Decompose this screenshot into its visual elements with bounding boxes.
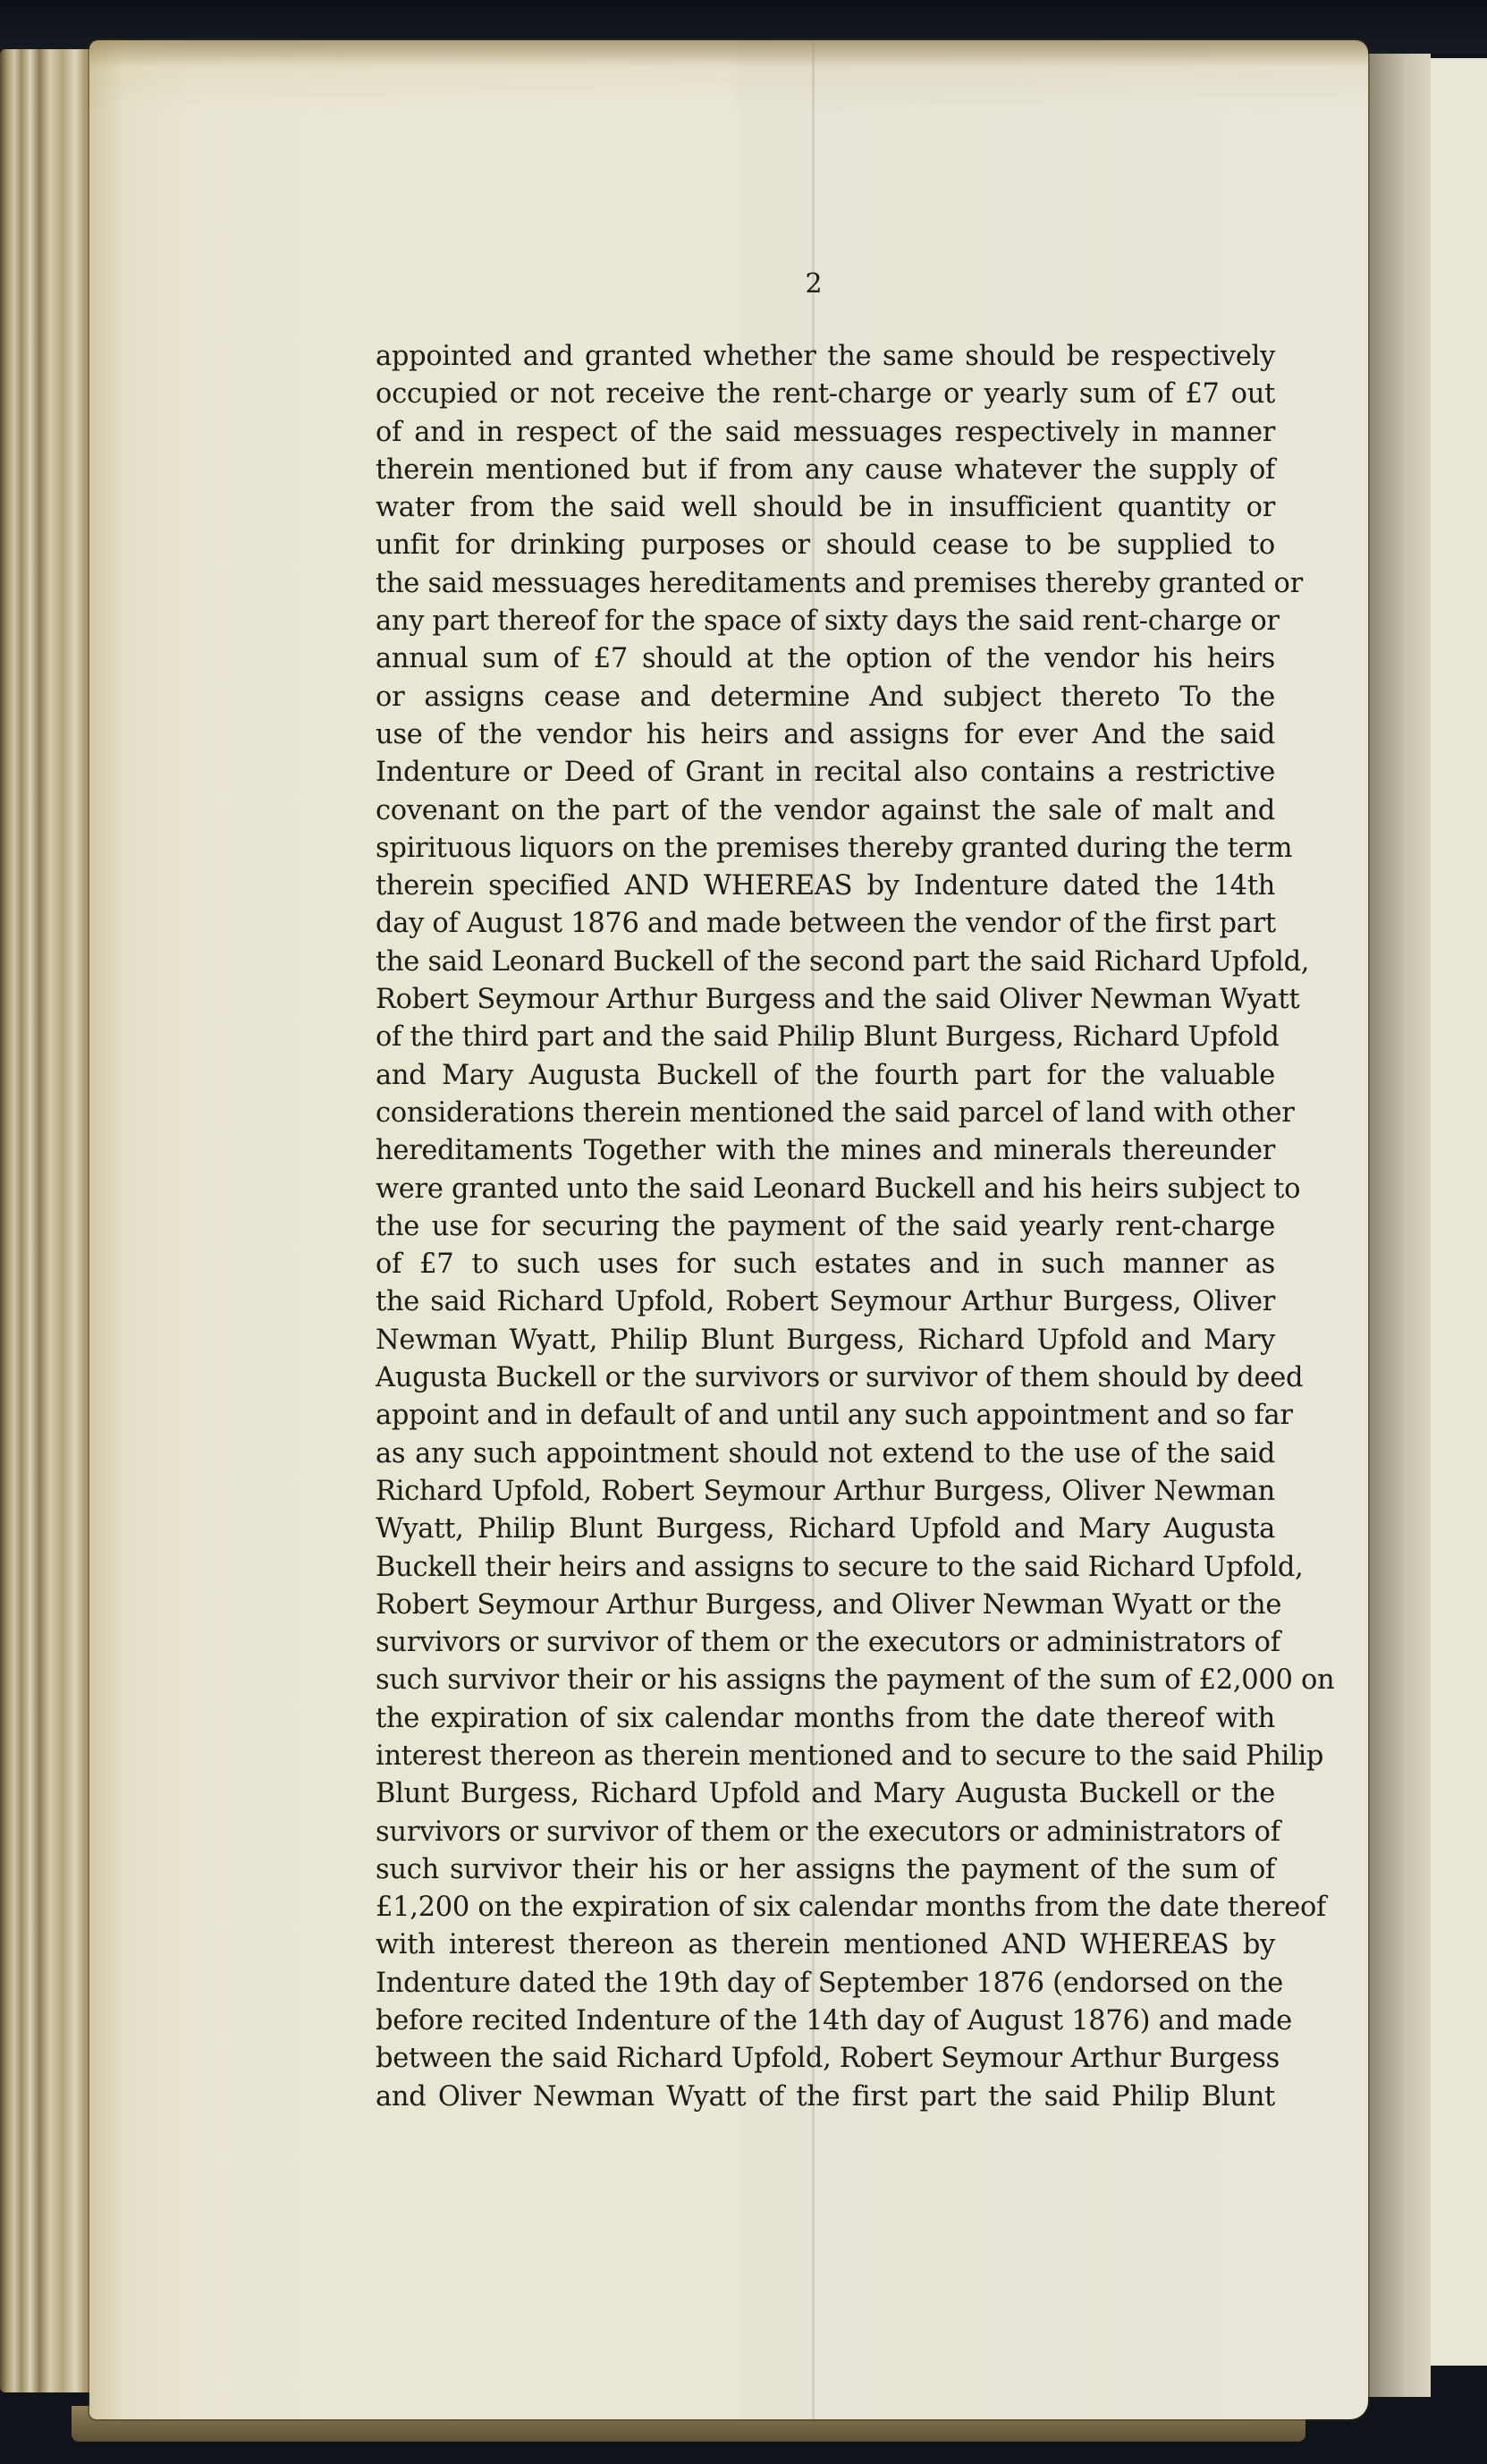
text-line: between the said Richard Upfold, Robert … [376, 2040, 1275, 2078]
text-line: day of August 1876 and made between the … [376, 905, 1275, 943]
adjacent-page [1431, 58, 1487, 2366]
text-line: Newman Wyatt, Philip Blunt Burgess, Rich… [376, 1322, 1275, 1359]
text-line: of £7 to such uses for such estates and … [376, 1246, 1275, 1283]
text-line: therein mentioned but if from any cause … [376, 452, 1275, 489]
text-line: as any such appointment should not exten… [376, 1435, 1275, 1473]
text-line: therein specified AND WHEREAS by Indentu… [376, 868, 1275, 905]
text-line: water from the said well should be in in… [376, 489, 1275, 527]
text-line: the said messuages hereditaments and pre… [376, 565, 1275, 603]
text-line: survivors or survivor of them or the exe… [376, 1624, 1275, 1662]
text-line: £1,200 on the expiration of six calendar… [376, 1889, 1275, 1926]
text-line: of the third part and the said Philip Bl… [376, 1019, 1275, 1056]
text-line: the said Leonard Buckell of the second p… [376, 944, 1275, 981]
text-line: appoint and in default of and until any … [376, 1397, 1275, 1435]
text-line: Indenture dated the 19th day of Septembe… [376, 1965, 1275, 2003]
text-line: Richard Upfold, Robert Seymour Arthur Bu… [376, 1473, 1275, 1511]
text-line: the said Richard Upfold, Robert Seymour … [376, 1283, 1275, 1321]
text-line: Blunt Burgess, Richard Upfold and Mary A… [376, 1775, 1275, 1813]
text-line: before recited Indenture of the 14th day… [376, 2003, 1275, 2040]
text-line: hereditaments Together with the mines an… [376, 1132, 1275, 1170]
text-line: Indenture or Deed of Grant in recital al… [376, 754, 1275, 792]
text-line: survivors or survivor of them or the exe… [376, 1814, 1275, 1851]
text-line: of and in respect of the said messuages … [376, 414, 1275, 452]
text-line: annual sum of £7 should at the option of… [376, 640, 1275, 678]
text-line: Buckell their heirs and assigns to secur… [376, 1549, 1275, 1587]
text-line: with interest thereon as therein mention… [376, 1926, 1275, 1964]
text-line: the use for securing the payment of the … [376, 1208, 1275, 1246]
text-line: or assigns cease and determine And subje… [376, 679, 1275, 716]
text-line: and Oliver Newman Wyatt of the first par… [376, 2079, 1275, 2116]
text-line: and Mary Augusta Buckell of the fourth p… [376, 1057, 1275, 1095]
text-line: Robert Seymour Arthur Burgess, and Olive… [376, 1587, 1275, 1624]
text-line: unfit for drinking purposes or should ce… [376, 527, 1275, 564]
text-line: such survivor their his or her assigns t… [376, 1851, 1275, 1889]
text-line: use of the vendor his heirs and assigns … [376, 716, 1275, 754]
text-line: interest thereon as therein mentioned an… [376, 1738, 1275, 1775]
text-line: the expiration of six calendar months fr… [376, 1700, 1275, 1738]
text-line: such survivor their or his assigns the p… [376, 1662, 1275, 1699]
text-line: any part thereof for the space of sixty … [376, 603, 1275, 640]
page-edges-left [0, 49, 98, 2392]
text-line: were granted unto the said Leonard Bucke… [376, 1171, 1275, 1208]
text-line: occupied or not receive the rent-charge … [376, 376, 1275, 413]
text-line: Augusta Buckell or the survivors or surv… [376, 1359, 1275, 1397]
text-line: appointed and granted whether the same s… [376, 338, 1275, 376]
text-line: covenant on the part of the vendor again… [376, 792, 1275, 830]
text-line: considerations therein mentioned the sai… [376, 1095, 1275, 1132]
text-line: Wyatt, Philip Blunt Burgess, Richard Upf… [376, 1511, 1275, 1548]
page-number: 2 [787, 268, 841, 300]
text-line: Robert Seymour Arthur Burgess and the sa… [376, 981, 1275, 1019]
body-text: appointed and granted whether the same s… [376, 338, 1275, 2116]
binding-shadow-right [1368, 54, 1431, 2397]
text-line: spirituous liquors on the premises there… [376, 830, 1275, 868]
